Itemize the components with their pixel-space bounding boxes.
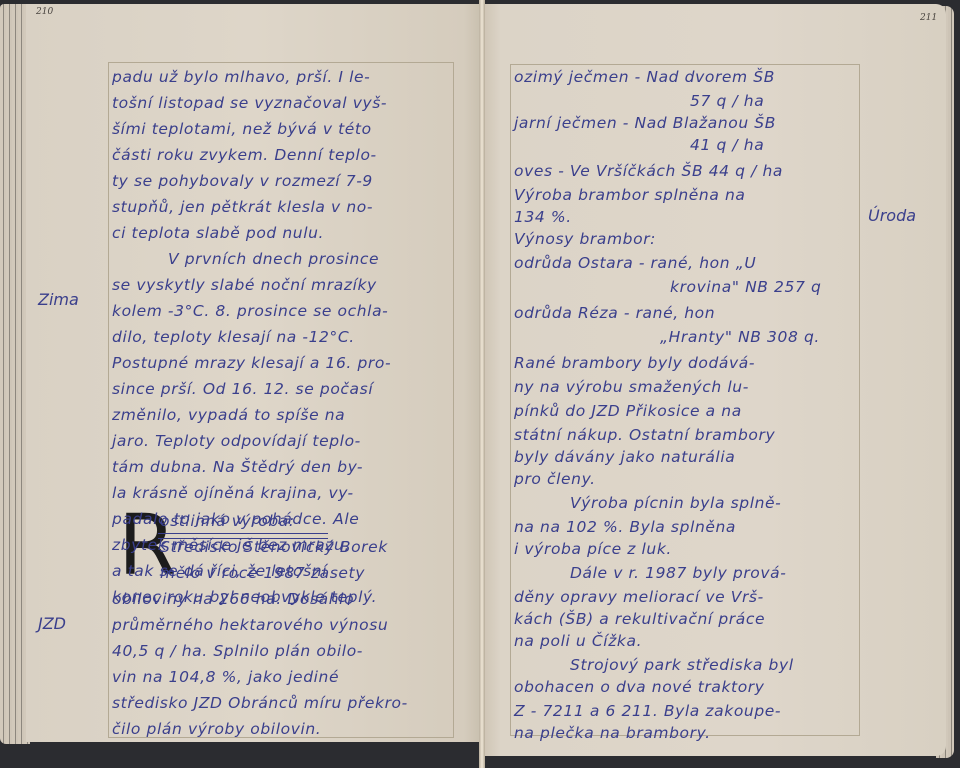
text-line: since prší. Od 16. 12. se počasí xyxy=(112,376,373,402)
text-line: i výroba píce z luk. xyxy=(514,536,672,562)
text-line: ty se pohybovaly v rozmezí 7-9 xyxy=(112,168,373,194)
margin-note-jzd: JZD xyxy=(38,614,66,633)
text-line: Výnosy brambor: xyxy=(514,226,656,252)
section-heading: ostlinná výroba: xyxy=(160,508,295,534)
text-line: padu už bylo mlhavo, prší. I le- xyxy=(112,64,370,90)
text-line: středisko JZD Obránců míru překro- xyxy=(112,690,408,716)
text-line: části roku zvykem. Denní teplo- xyxy=(112,142,377,168)
text-line: jaro. Teploty odpovídají teplo- xyxy=(112,428,361,454)
text-line: 41 q / ha xyxy=(690,132,764,158)
text-line: šími teplotami, než bývá v této xyxy=(112,116,372,142)
text-line: Dále v r. 1987 byly prová- xyxy=(570,560,786,586)
text-line: se vyskytly slabé noční mrazíky xyxy=(112,272,377,298)
text-line: „Hranty" NB 308 q. xyxy=(660,324,820,350)
text-line: V prvních dnech prosince xyxy=(112,246,379,272)
text-line: tošní listopad se vyznačoval vyš- xyxy=(112,90,387,116)
text-line: pro členy. xyxy=(514,466,596,492)
text-line: na poli u Čížka. xyxy=(514,628,642,654)
text-line: mělo v roce 1987 zasety xyxy=(160,560,365,586)
text-line: Postupné mrazy klesají a 16. pro- xyxy=(112,350,391,376)
page-number-left: 210 xyxy=(36,7,53,17)
text-line: vin na 104,8 %, jako jediné xyxy=(112,664,339,690)
text-line: pínků do JZD Přikosice a na xyxy=(514,398,742,424)
text-line: čilo plán výroby obilovin. xyxy=(112,716,321,742)
text-line: ozimý ječmen - Nad dvorem ŠB xyxy=(514,64,775,90)
text-line: 40,5 q / ha. Splnilo plán obilo- xyxy=(112,638,363,664)
text-line: la krásně ojíněná krajina, vy- xyxy=(112,480,354,506)
text-line: na plečka na brambory. xyxy=(514,720,711,746)
text-line: dilo, teploty klesají na -12°C. xyxy=(112,324,355,350)
text-line: změnilo, vypadá to spíše na xyxy=(112,402,345,428)
margin-note-uroda: Úroda xyxy=(868,206,916,225)
text-line: tám dubna. Na Štědrý den by- xyxy=(112,454,363,480)
text-line: krovina" NB 257 q xyxy=(670,274,821,300)
text-line: kolem -3°C. 8. prosince se ochla- xyxy=(112,298,388,324)
margin-note-zima: Zima xyxy=(38,290,79,309)
text-line: průměrného hektarového výnosu xyxy=(112,612,388,638)
book-spine xyxy=(479,0,485,768)
text-line: odrůda Ostara - rané, hon „U xyxy=(514,250,756,276)
text-line: obiloviny na 266 ha. Dosáhlo xyxy=(112,586,354,612)
page-number-right: 211 xyxy=(920,13,937,23)
text-line: Rané brambory byly dodává- xyxy=(514,350,755,376)
text-line: obohacen o dva nové traktory xyxy=(514,674,765,700)
text-line: oves - Ve Vršíčkách ŠB 44 q / ha xyxy=(514,158,783,184)
text-line: Středisko Štěnovický Borek xyxy=(160,534,388,560)
text-line: Výroba pícnin byla splně- xyxy=(570,490,781,516)
open-book: 210 211 Zima JZD Úroda R padu už bylo ml… xyxy=(0,0,960,768)
text-line: odrůda Réza - rané, hon xyxy=(514,300,715,326)
text-line: ci teplota slabě pod nulu. xyxy=(112,220,324,246)
text-line: stupňů, jen pětkrát klesla v no- xyxy=(112,194,373,220)
text-line: ny na výrobu smažených lu- xyxy=(514,374,749,400)
